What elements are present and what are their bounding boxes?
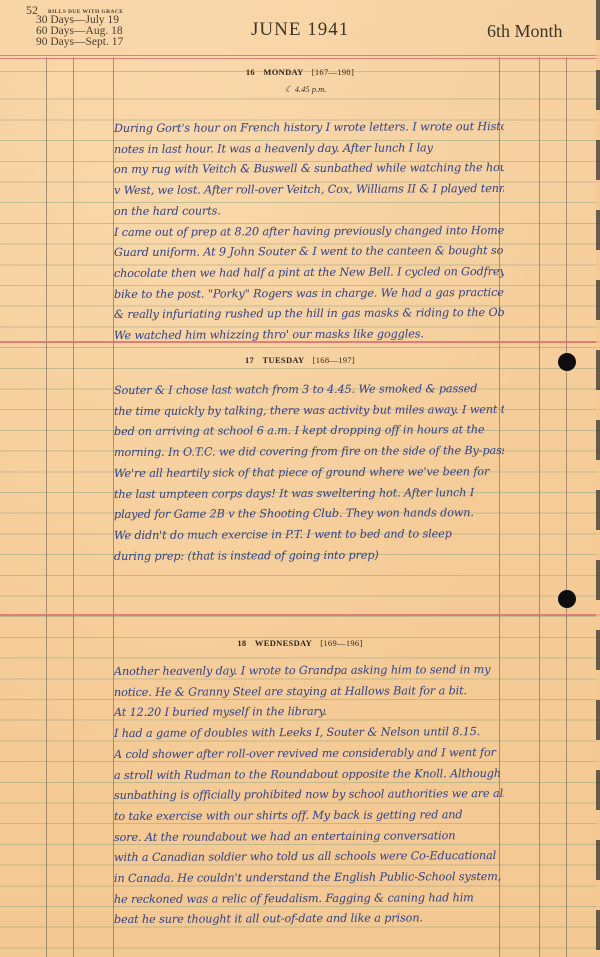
header-rule (0, 55, 600, 56)
handwritten-line: the time quickly by talking, there was a… (114, 400, 504, 423)
column-rule (46, 57, 47, 957)
day-range: [168—197] (313, 355, 355, 365)
handwritten-line: sore. At the roundabout we had an entert… (114, 826, 504, 849)
handwritten-line: During Gort's hour on French history I w… (114, 117, 504, 140)
handwritten-line: with a Canadian soldier who told us all … (114, 846, 504, 869)
handwritten-line: in Canada. He couldn't understand the En… (114, 867, 504, 890)
handwritten-line: the last umpteen corps days! It was swel… (114, 482, 504, 505)
page-edge (596, 0, 600, 957)
handwritten-line: a stroll with Rudman to the Roundabout o… (114, 763, 504, 786)
diary-page: 52 BILLS DUE WITH GRACE 30 Days—July 19 … (0, 0, 600, 957)
column-rule (73, 57, 74, 957)
diary-entry-16: During Gort's hour on French history I w… (114, 118, 504, 346)
handwritten-line: during prep: (that is instead of going i… (114, 545, 504, 568)
handwritten-line: notice. He & Granny Steel are staying at… (114, 681, 504, 704)
handwritten-line: chocolate then we had half a pint at the… (114, 262, 504, 285)
day-range: [167—198] (312, 67, 354, 77)
day-number: 17 (245, 355, 254, 365)
column-rule (539, 57, 540, 957)
bills-due-90: 90 Days—Sept. 17 (36, 37, 123, 48)
handwritten-line: Another heavenly day. I wrote to Grandpa… (114, 660, 504, 683)
handwritten-line: A cold shower after roll-over revived me… (114, 743, 504, 766)
day-weekday: TUESDAY (263, 355, 305, 365)
handwritten-line: I came out of prep at 8.20 after having … (114, 220, 504, 243)
handwritten-line: sunbathing is officially prohibited now … (114, 784, 504, 807)
handwritten-line: We watched him whizzing thro' our masks … (114, 324, 504, 347)
handwritten-line: notes in last hour. It was a heavenly da… (114, 138, 504, 161)
handwritten-line: bed on arriving at school 6 a.m. I kept … (114, 420, 504, 443)
binder-hole (558, 590, 576, 608)
day-weekday: MONDAY (263, 67, 303, 77)
month-title: JUNE 1941 (251, 19, 349, 41)
handwritten-line: on my rug with Veitch & Buswell & sunbat… (114, 158, 504, 181)
column-rule (566, 57, 567, 957)
handwritten-line: played for Game 2B v the Shooting Club. … (114, 503, 504, 526)
diary-entry-18: Another heavenly day. I wrote to Grandpa… (114, 661, 504, 930)
handwritten-line: We didn't do much exercise in P.T. I wen… (114, 524, 504, 547)
day-heading-18: 18 WEDNESDAY [169—196] (0, 638, 600, 648)
day-weekday: WEDNESDAY (255, 638, 312, 648)
diary-entry-17: Souter & I chose last watch from 3 to 4.… (114, 380, 504, 566)
day-number: 18 (237, 638, 246, 648)
day-range: [169—196] (320, 638, 362, 648)
handwritten-line: We're all heartily sick of that piece of… (114, 462, 504, 485)
handwritten-line: Guard uniform. At 9 John Souter & I went… (114, 241, 504, 264)
handwritten-line: morning. In O.T.C. we did covering from … (114, 441, 504, 464)
handwritten-line: on the hard courts. (114, 200, 504, 223)
handwritten-line: to take exercise with our shirts off. My… (114, 805, 504, 828)
day-heading-16: 16 MONDAY [167—198] (0, 67, 600, 77)
handwritten-line: bike to the post. "Porky" Rogers was in … (114, 283, 504, 306)
handwritten-line: Souter & I chose last watch from 3 to 4.… (114, 379, 504, 402)
moon-phase: ☾ 4.45 p.m. (285, 84, 326, 95)
day-heading-17: 17 TUESDAY [168—197] (0, 355, 600, 365)
handwritten-line: & really infuriating rushed up the hill … (114, 303, 504, 326)
day-number: 16 (246, 67, 255, 77)
bills-due-list: 30 Days—July 19 60 Days—Aug. 18 90 Days—… (36, 15, 123, 48)
month-number: 6th Month (487, 21, 563, 42)
handwritten-line: beat he sure thought it all out-of-date … (114, 908, 504, 931)
handwritten-line: v West, we lost. After roll-over Veitch,… (114, 179, 504, 202)
day-separator (0, 614, 600, 616)
handwritten-line: At 12.20 I buried myself in the library. (114, 701, 504, 724)
handwritten-line: I had a game of doubles with Leeks I, So… (114, 722, 504, 745)
handwritten-line: he reckoned was a relic of feudalism. Fa… (114, 888, 504, 911)
